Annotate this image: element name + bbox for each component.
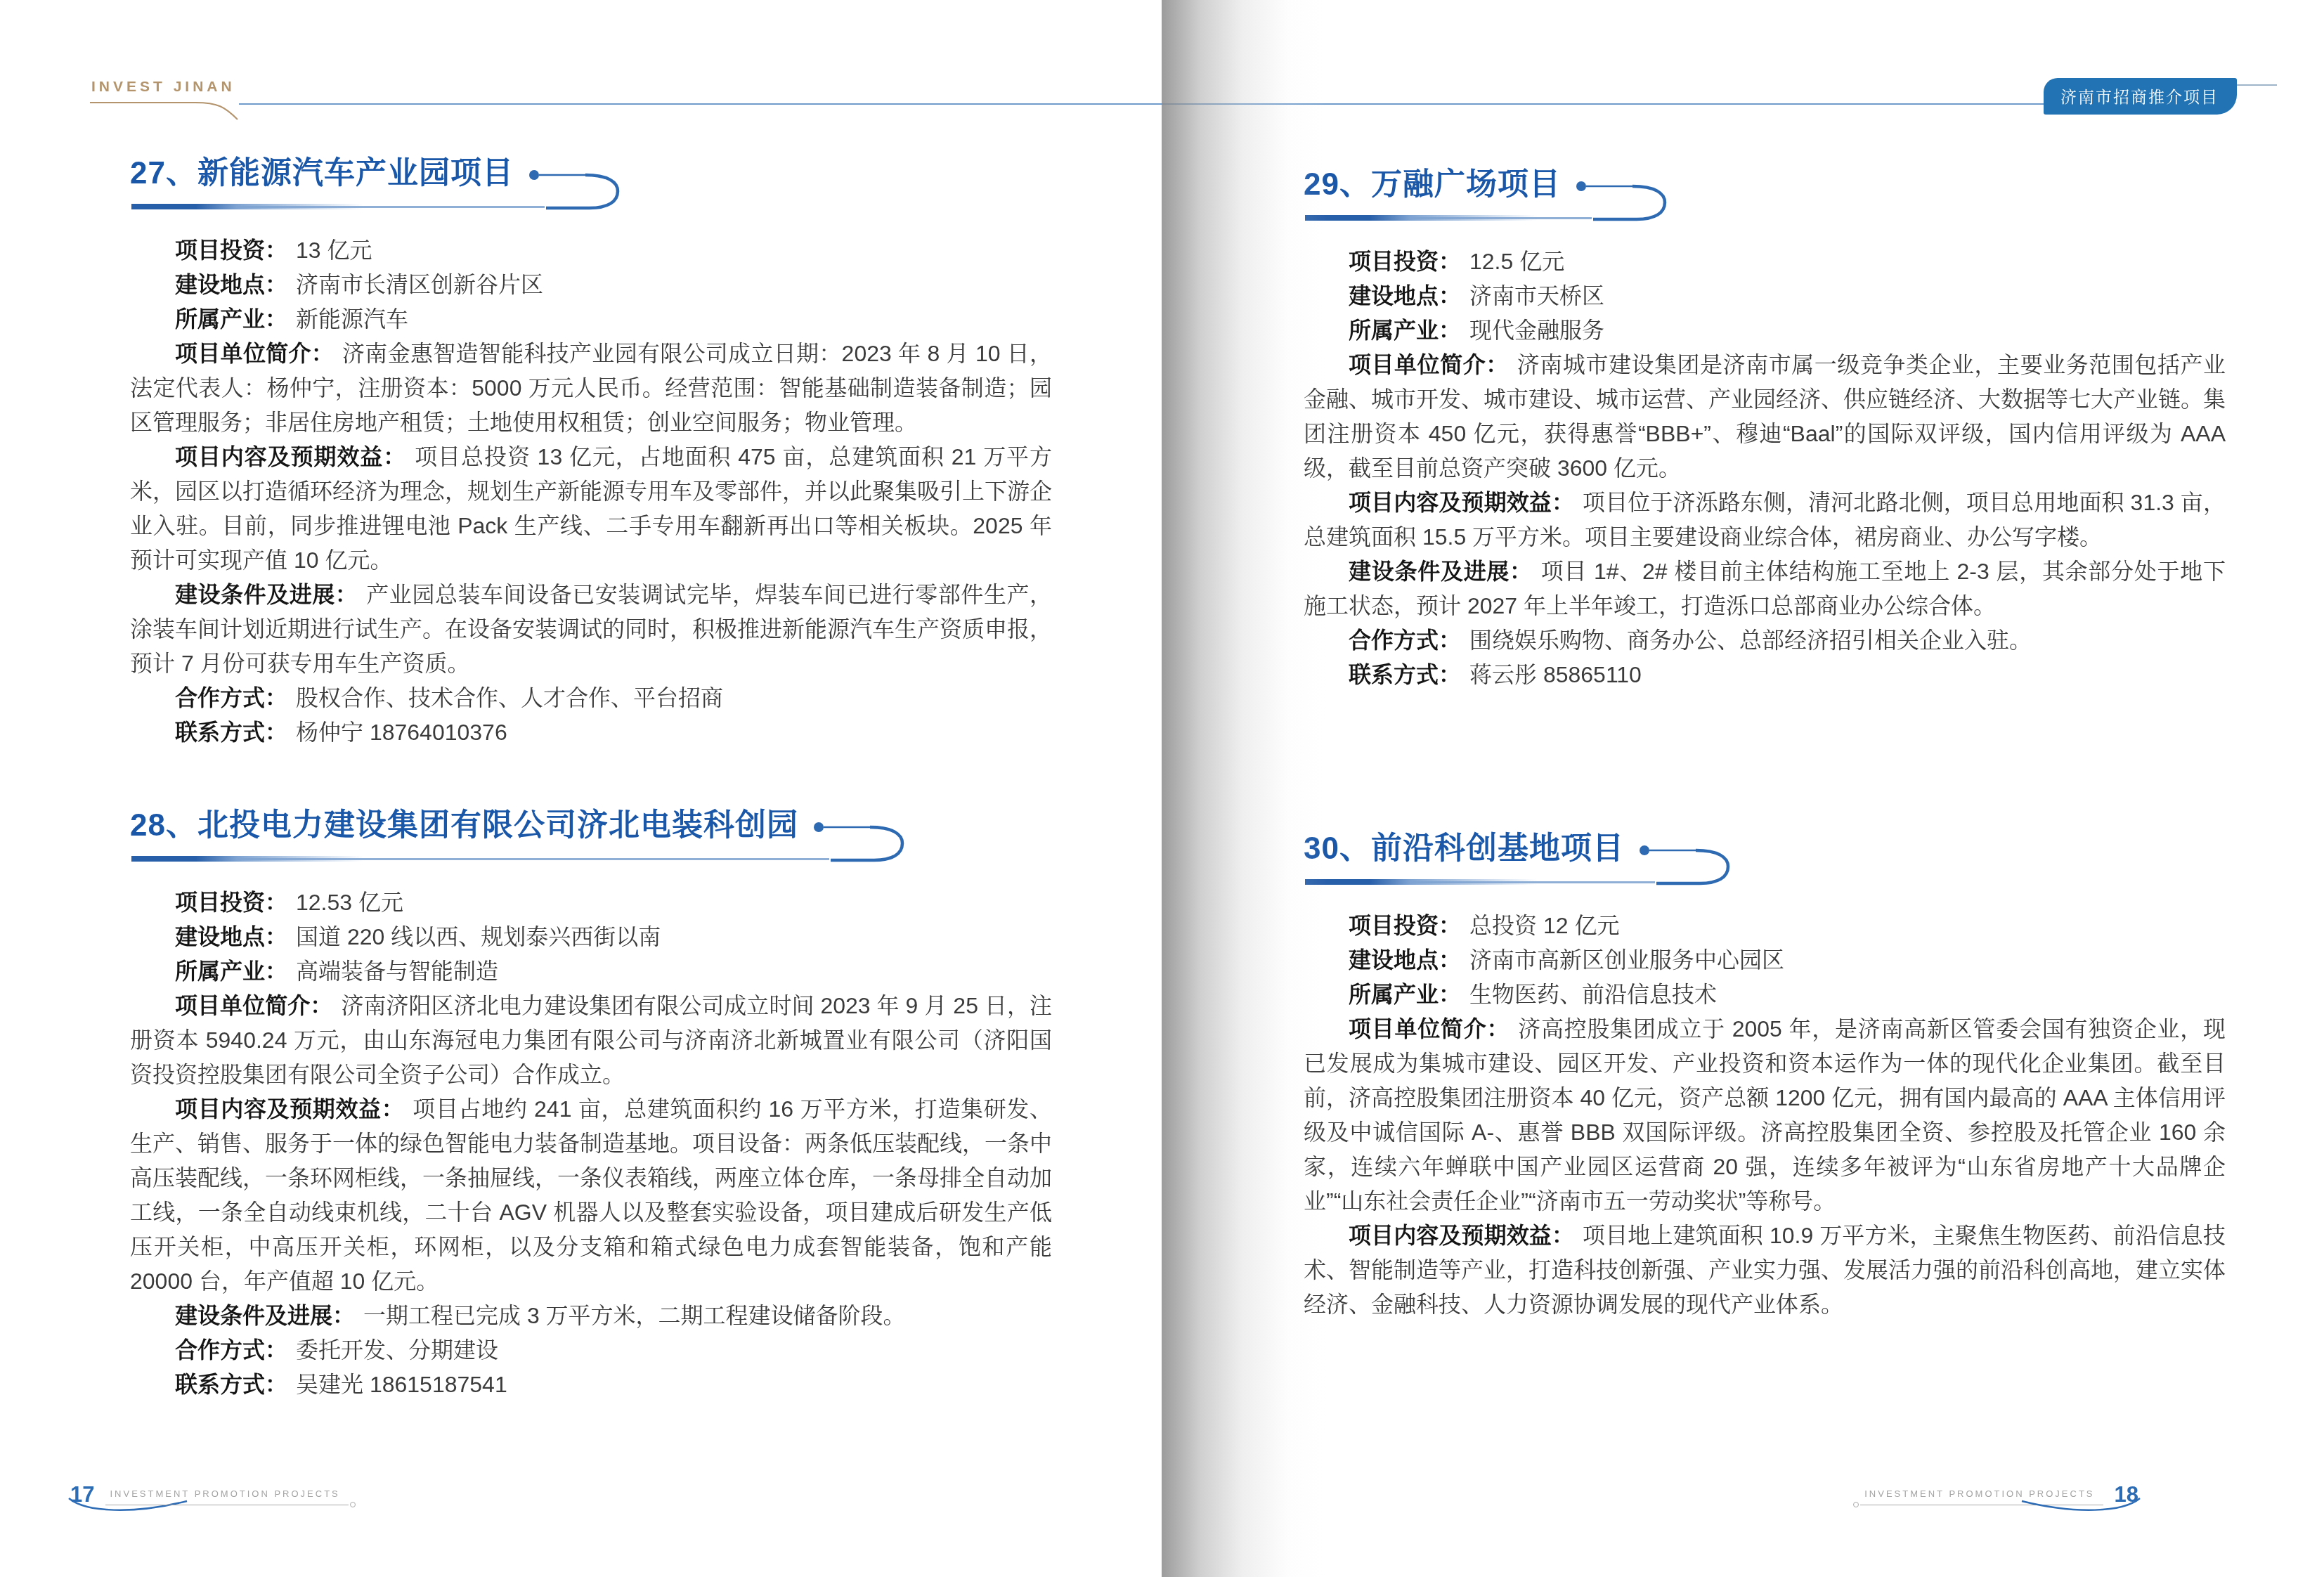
section-title: 28、北投电力建设集团有限公司济北电装科创园 — [130, 810, 798, 842]
field-label: 合作方式： — [175, 1337, 287, 1363]
field-paragraph: 项目单位简介：济高控股集团成立于 2005 年，是济南高新区管委会国有独资企业，… — [1304, 1012, 2226, 1219]
field-value: 济南市高新区创业服务中心园区 — [1469, 947, 1784, 973]
field-value: 12.53 亿元 — [296, 890, 403, 915]
title-hook-icon — [1638, 844, 1744, 889]
field-label: 项目单位简介： — [1349, 352, 1509, 377]
header-rule — [239, 103, 1162, 105]
section-28-title-block: 28、北投电力建设集团有限公司济北电装科创园 — [130, 810, 798, 860]
field-label: 所属产业： — [1349, 318, 1461, 343]
field-paragraph: 项目投资：12.5 亿元 — [1304, 245, 2226, 279]
field-label: 项目投资： — [1349, 249, 1461, 274]
section-27-title-block: 27、新能源汽车产业园项目 — [130, 157, 514, 208]
field-paragraph: 建设地点：济南市天桥区 — [1304, 279, 2226, 313]
field-value: 高端装备与智能制造 — [296, 959, 498, 984]
field-paragraph: 项目投资：13 亿元 — [130, 233, 1052, 268]
field-label: 项目单位简介： — [175, 993, 332, 1018]
page-number: 17 — [70, 1484, 94, 1505]
field-value: 济高控股集团成立于 2005 年，是济南高新区管委会国有独资企业，现已发展成为集… — [1304, 1016, 2226, 1214]
field-value: 国道 220 线以西、规划泰兴西街以南 — [296, 924, 661, 949]
field-value: 一期工程已完成 3 万平方米，二期工程建设储备阶段。 — [363, 1303, 906, 1328]
field-label: 建设条件及进展： — [175, 582, 358, 607]
page-18: 济南市招商推介项目 29、万融广场项目 项目投资：12.5 亿元 建设地点：济南… — [1162, 0, 2324, 1577]
field-value: 13 亿元 — [296, 238, 372, 263]
field-paragraph: 项目单位简介：济南济阳区济北电力建设集团有限公司成立时间 2023 年 9 月 … — [130, 989, 1052, 1092]
field-label: 合作方式： — [175, 685, 287, 710]
field-paragraph: 合作方式：围绕娱乐购物、商务办公、总部经济招引相关企业入驻。 — [1304, 623, 2226, 658]
title-underline — [131, 858, 829, 860]
field-value: 12.5 亿元 — [1469, 249, 1564, 274]
field-value: 济南市天桥区 — [1469, 283, 1604, 309]
footer-label: INVESTMENT PROMOTION PROJECTS — [105, 1488, 348, 1505]
title-underline — [1305, 881, 1655, 883]
field-paragraph: 合作方式：委托开发、分期建设 — [130, 1333, 1052, 1368]
field-paragraph: 项目内容及预期效益：项目总投资 13 亿元，占地面积 475 亩，总建筑面积 2… — [130, 440, 1052, 578]
field-value: 项目占地约 241 亩，总建筑面积约 16 万平方米，打造集研发、生产、销售、服… — [130, 1096, 1052, 1294]
field-paragraph: 联系方式：杨仲宁 18764010376 — [130, 715, 1052, 750]
field-paragraph: 建设条件及进展：产业园总装车间设备已安装调试完毕，焊装车间已进行零部件生产，涂装… — [130, 578, 1052, 681]
field-label: 建设地点： — [1349, 947, 1461, 973]
section-30: 30、前沿科创基地项目 项目投资：总投资 12 亿元 建设地点：济南市高新区创业… — [1304, 833, 2226, 1322]
title-underline — [1305, 217, 1592, 219]
field-value: 杨仲宁 18764010376 — [296, 720, 507, 745]
field-label: 项目单位简介： — [1349, 1016, 1510, 1041]
field-label: 所属产业： — [175, 306, 287, 332]
field-value: 济南市长清区创新谷片区 — [296, 272, 543, 297]
section-28: 28、北投电力建设集团有限公司济北电装科创园 项目投资：12.53 亿元 建设地… — [130, 810, 1052, 1402]
field-paragraph: 建设地点：济南市高新区创业服务中心园区 — [1304, 943, 2226, 978]
field-paragraph: 建设条件及进展：一期工程已完成 3 万平方米，二期工程建设储备阶段。 — [130, 1299, 1052, 1333]
field-paragraph: 所属产业：现代金融服务 — [1304, 313, 2226, 348]
field-label: 项目内容及预期效益： — [175, 444, 406, 469]
logo-swoosh-ornament — [90, 101, 246, 122]
field-paragraph: 所属产业：高端装备与智能制造 — [130, 954, 1052, 989]
title-underline — [131, 206, 545, 208]
field-paragraph: 建设地点：济南市长清区创新谷片区 — [130, 268, 1052, 302]
field-label: 联系方式： — [175, 1372, 287, 1397]
field-paragraph: 所属产业：新能源汽车 — [130, 302, 1052, 337]
field-paragraph: 所属产业：生物医药、前沿信息技术 — [1304, 978, 2226, 1012]
field-paragraph: 项目投资：12.53 亿元 — [130, 885, 1052, 920]
field-label: 项目投资： — [175, 890, 287, 915]
field-label: 所属产业： — [1349, 982, 1461, 1007]
section-29: 29、万融广场项目 项目投资：12.5 亿元 建设地点：济南市天桥区 所属产业：… — [1304, 169, 2226, 692]
section-title: 30、前沿科创基地项目 — [1304, 833, 1624, 865]
field-paragraph: 合作方式：股权合作、技术合作、人才合作、平台招商 — [130, 681, 1052, 715]
field-paragraph: 项目内容及预期效益：项目位于济泺路东侧，清河北路北侧，项目总用地面积 31.3 … — [1304, 486, 2226, 554]
field-value: 新能源汽车 — [296, 306, 408, 332]
field-value: 蒋云彤 85865110 — [1469, 662, 1642, 687]
header-badge: 济南市招商推介项目 — [2044, 78, 2237, 115]
section-title: 27、新能源汽车产业园项目 — [130, 157, 514, 190]
field-paragraph: 联系方式：蒋云彤 85865110 — [1304, 658, 2226, 692]
field-label: 项目内容及预期效益： — [1349, 1223, 1574, 1248]
section-29-title-block: 29、万融广场项目 — [1304, 169, 1561, 219]
field-paragraph: 建设地点：国道 220 线以西、规划泰兴西街以南 — [130, 920, 1052, 954]
field-value: 现代金融服务 — [1469, 318, 1604, 343]
field-paragraph: 联系方式：吴建光 18615187541 — [130, 1368, 1052, 1402]
field-label: 建设地点： — [175, 924, 287, 949]
field-value: 股权合作、技术合作、人才合作、平台招商 — [296, 685, 723, 710]
field-value: 围绕娱乐购物、商务办公、总部经济招引相关企业入驻。 — [1469, 628, 2032, 653]
footer-right: INVESTMENT PROMOTION PROJECTS 18 — [1860, 1484, 2138, 1505]
field-label: 项目内容及预期效益： — [175, 1096, 404, 1122]
field-label: 联系方式： — [1349, 662, 1461, 687]
field-label: 项目内容及预期效益： — [1349, 490, 1574, 515]
section-27: 27、新能源汽车产业园项目 项目投资：13 亿元 建设地点：济南市长清区创新谷片… — [130, 157, 1052, 750]
field-label: 建设地点： — [1349, 283, 1461, 309]
field-label: 建设条件及进展： — [175, 1303, 355, 1328]
field-paragraph: 项目内容及预期效益：项目地上建筑面积 10.9 万平方米，主聚焦生物医药、前沿信… — [1304, 1219, 2226, 1322]
field-value: 吴建光 18615187541 — [296, 1372, 507, 1397]
field-label: 联系方式： — [175, 720, 287, 745]
field-paragraph: 项目内容及预期效益：项目占地约 241 亩，总建筑面积约 16 万平方米，打造集… — [130, 1092, 1052, 1299]
section-30-title-block: 30、前沿科创基地项目 — [1304, 833, 1624, 883]
page-17: INVEST JINAN 27、新能源汽车产业园项目 项目投资：13 亿元 建设… — [0, 0, 1162, 1577]
field-value: 总投资 12 亿元 — [1469, 913, 1619, 938]
field-label: 项目投资： — [1349, 913, 1461, 938]
field-value: 委托开发、分期建设 — [296, 1337, 498, 1363]
field-paragraph: 建设条件及进展：项目 1#、2# 楼目前主体结构施工至地上 2-3 层，其余部分… — [1304, 554, 2226, 623]
field-label: 合作方式： — [1349, 628, 1461, 653]
field-value: 生物医药、前沿信息技术 — [1469, 982, 1717, 1007]
header-rule — [1162, 103, 2063, 105]
title-hook-icon — [1575, 180, 1680, 225]
field-paragraph: 项目单位简介：济南金惠智造智能科技产业园有限公司成立日期：2023 年 8 月 … — [130, 337, 1052, 440]
section-title: 29、万融广场项目 — [1304, 169, 1561, 201]
footer-left: 17 INVESTMENT PROMOTION PROJECTS — [70, 1484, 349, 1505]
page-number: 18 — [2115, 1484, 2138, 1505]
field-paragraph: 项目单位简介：济南城市建设集团是济南市属一级竞争类企业，主要业务范围包括产业金融… — [1304, 348, 2226, 486]
field-paragraph: 项目投资：总投资 12 亿元 — [1304, 909, 2226, 943]
field-label: 项目投资： — [175, 238, 287, 263]
page-number-swoosh-icon — [2016, 1495, 2143, 1515]
title-hook-icon — [528, 169, 633, 214]
field-label: 建设地点： — [175, 272, 287, 297]
field-label: 所属产业： — [175, 959, 287, 984]
title-hook-icon — [812, 821, 918, 866]
field-label: 项目单位简介： — [175, 341, 334, 366]
field-label: 建设条件及进展： — [1349, 559, 1533, 584]
brochure-spread: INVEST JINAN 27、新能源汽车产业园项目 项目投资：13 亿元 建设… — [0, 0, 2324, 1577]
invest-jinan-logo: INVEST JINAN — [91, 79, 235, 96]
